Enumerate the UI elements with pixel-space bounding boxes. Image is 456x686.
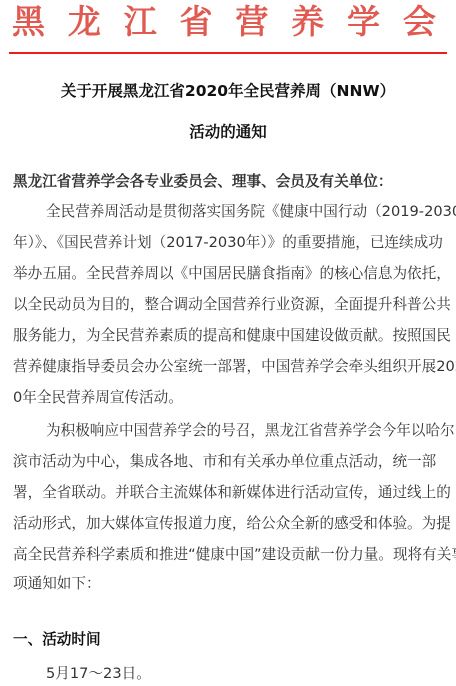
masthead-char: 养 [291,2,324,42]
paragraph-1-line-3: 举办五届。全民营养周以《中国居民膳食指南》的核心信息为依托， [13,263,451,285]
paragraph-2-line-4: 活动形式，加大媒体宣传报道力度，给公众全新的感受和体验。为提 [13,513,451,535]
masthead-char: 营 [235,2,268,42]
masthead-char: 江 [124,2,157,42]
paragraph-2-line-2: 滨市活动为中心，集成各地、市和有关承办单位重点活动，统一部 [13,451,436,473]
salutation: 黑龙江省营养学会各专业委员会、理事、会员及有关单位： [13,171,392,193]
masthead-char: 省 [180,2,213,42]
paragraph-1-line-4: 以全民动员为目的，整合调动全国营养行业资源，全面提升科普公共 [13,294,451,316]
masthead-char: 会 [403,2,436,42]
document-title-line-2: 活动的通知 [0,121,456,143]
masthead: 黑 龙 江 省 营 养 学 会 [0,0,456,60]
document-title-line-1: 关于开展黑龙江省2020年全民营养周（NNW） [0,80,456,102]
paragraph-1-line-2: 年）》、《国民营养计划（2017-2030年）》的重要措施，已连续成功 [13,232,443,254]
section-heading-activity-time: 一、活动时间 [13,629,101,651]
masthead-char: 学 [347,2,380,42]
paragraph-2-line-1: 为积极响应中国营养学会的号召，黑龙江省营养学会今年以哈尔 [46,420,455,442]
paragraph-1-line-7: 0年全民营养周宣传活动。 [13,387,183,409]
paragraph-1-line-1: 全民营养周活动是贯彻落实国务院《健康中国行动（2019-2030 [46,201,456,223]
paragraph-1-line-6: 营养健康指导委员会办公室统一部署，中国营养学会牵头组织开展202 [13,356,456,378]
masthead-char: 龙 [68,2,101,42]
organization-name: 黑 龙 江 省 营 养 学 会 [12,2,436,42]
paragraph-2-line-3: 署，全省联动。并联合主流媒体和新媒体进行活动宣传，通过线上的 [13,482,451,504]
section-content-activity-time: 5月17～23日。 [46,663,151,685]
paragraph-2-line-6: 项通知如下： [13,573,101,595]
paragraph-2-line-5: 高全民营养科学素质和推进“健康中国”建设贡献一份力量。现将有关事 [13,544,456,566]
masthead-divider [9,52,447,54]
paragraph-1-line-5: 服务能力，为全民营养素质的提高和健康中国建设做贡献。按照国民 [13,325,451,347]
masthead-char: 黑 [12,2,45,42]
